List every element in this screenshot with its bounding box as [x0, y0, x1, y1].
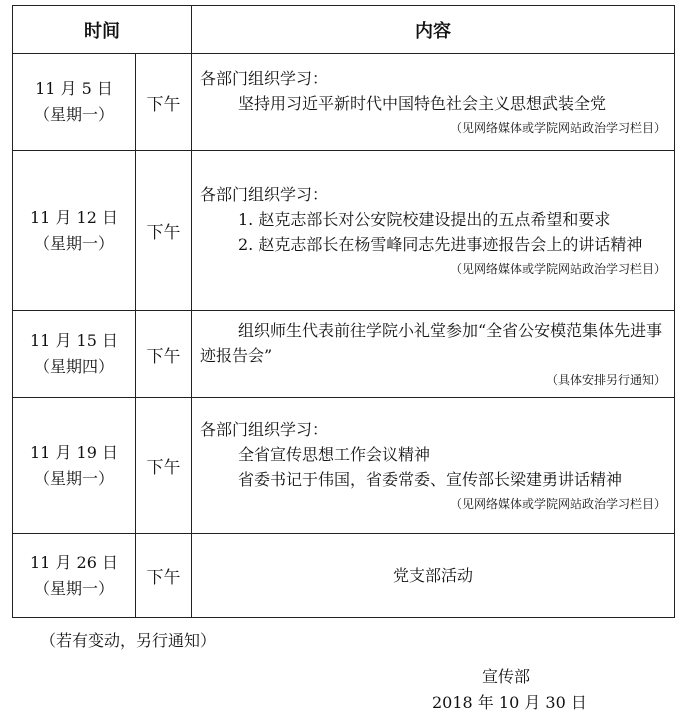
date: 11 月 19 日 [13, 440, 135, 466]
period-cell: 下午 [136, 311, 192, 398]
table-row: 11 月 5 日 （星期一） 下午 各部门组织学习： 坚持用习近平新时代中国特色… [13, 54, 675, 151]
header-content: 内容 [192, 6, 675, 54]
table-row: 11 月 26 日 （星期一） 下午 党支部活动 [13, 534, 675, 618]
content-heading: 各部门组织学习： [200, 182, 666, 207]
date-cell: 11 月 15 日 （星期四） [13, 311, 136, 398]
change-notice: （若有变动，另行通知） [40, 628, 216, 651]
content-note: （见网络媒体或学院网站政治学习栏目） [200, 259, 666, 279]
table-row: 11 月 19 日 （星期一） 下午 各部门组织学习： 全省宣传思想工作会议精神… [13, 398, 675, 534]
table-header-row: 时间 内容 [13, 6, 675, 54]
period-cell: 下午 [136, 398, 192, 534]
schedule-table: 时间 内容 11 月 5 日 （星期一） 下午 各部门组织学习： 坚持用习近平新… [12, 5, 675, 618]
content-item: 1. 赵克志部长对公安院校建设提出的五点希望和要求 [200, 207, 666, 232]
content-note: （见网络媒体或学院网站政治学习栏目） [200, 118, 666, 138]
issuing-department: 宣传部 [482, 664, 530, 687]
content-cell: 各部门组织学习： 坚持用习近平新时代中国特色社会主义思想武装全党 （见网络媒体或… [192, 54, 675, 151]
content-item: 省委书记于伟国，省委常委、宣传部长梁建勇讲话精神 [200, 467, 666, 492]
date-cell: 11 月 19 日 （星期一） [13, 398, 136, 534]
period-cell: 下午 [136, 151, 192, 311]
content-note: （见网络媒体或学院网站政治学习栏目） [200, 494, 666, 514]
weekday: （星期一） [13, 102, 135, 128]
content-note: （具体安排另行通知） [200, 370, 666, 390]
content-cell: 各部门组织学习： 全省宣传思想工作会议精神 省委书记于伟国，省委常委、宣传部长梁… [192, 398, 675, 534]
content-item: 2. 赵克志部长在杨雪峰同志先进事迹报告会上的讲话精神 [200, 232, 666, 257]
content-heading: 各部门组织学习： [200, 66, 666, 91]
period-cell: 下午 [136, 54, 192, 151]
content-heading: 各部门组织学习： [200, 417, 666, 442]
content-cell: 党支部活动 [192, 534, 675, 618]
content-paragraph: 组织师生代表前往学院小礼堂参加“全省公安模范集体先进事迹报告会” [200, 318, 666, 368]
weekday: （星期一） [13, 576, 135, 602]
date: 11 月 15 日 [13, 328, 135, 354]
weekday: （星期一） [13, 466, 135, 492]
date: 11 月 12 日 [13, 205, 135, 231]
issue-date: 2018 年 10 月 30 日 [432, 690, 587, 713]
date: 11 月 5 日 [13, 76, 135, 102]
header-time: 时间 [13, 6, 192, 54]
date-cell: 11 月 5 日 （星期一） [13, 54, 136, 151]
table-row: 11 月 15 日 （星期四） 下午 组织师生代表前往学院小礼堂参加“全省公安模… [13, 311, 675, 398]
weekday: （星期一） [13, 231, 135, 257]
period-cell: 下午 [136, 534, 192, 618]
date-cell: 11 月 26 日 （星期一） [13, 534, 136, 618]
table-row: 11 月 12 日 （星期一） 下午 各部门组织学习： 1. 赵克志部长对公安院… [13, 151, 675, 311]
date: 11 月 26 日 [13, 550, 135, 576]
content-item: 坚持用习近平新时代中国特色社会主义思想武装全党 [200, 91, 666, 116]
content-cell: 各部门组织学习： 1. 赵克志部长对公安院校建设提出的五点希望和要求 2. 赵克… [192, 151, 675, 311]
weekday: （星期四） [13, 354, 135, 380]
content-item: 全省宣传思想工作会议精神 [200, 442, 666, 467]
date-cell: 11 月 12 日 （星期一） [13, 151, 136, 311]
content-cell: 组织师生代表前往学院小礼堂参加“全省公安模范集体先进事迹报告会” （具体安排另行… [192, 311, 675, 398]
